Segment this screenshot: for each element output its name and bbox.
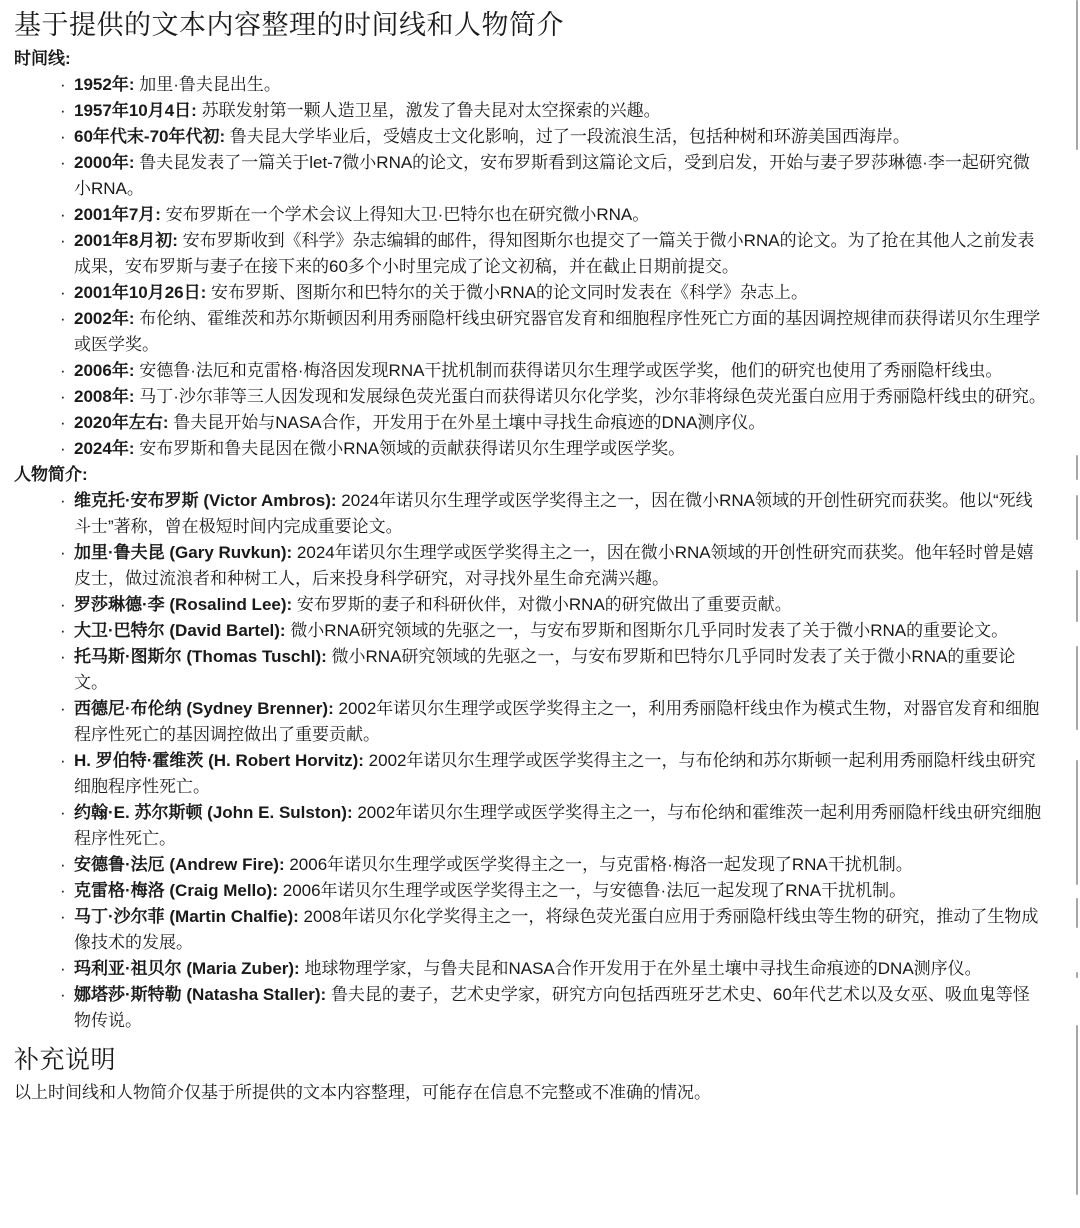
timeline-item-text: 安布罗斯在一个学术会议上得知大卫·巴特尔也在研究微小RNA。 (166, 205, 650, 224)
bullet-icon: · (60, 202, 74, 228)
timeline-item-text: 鲁夫昆开始与NASA合作，开发用于在外星土壤中寻找生命痕迹的DNA测序仪。 (173, 413, 765, 432)
timeline-heading: 时间线: (14, 46, 1046, 72)
person-item: · H. 罗伯特·霍维茨 (H. Robert Horvitz): 2002年诺… (60, 748, 1046, 800)
timeline-item: · 2002年: 布伦纳、霍维茨和苏尔斯顿因利用秀丽隐杆线虫研究器官发育和细胞程… (60, 306, 1046, 358)
bullet-icon: · (60, 956, 74, 982)
person-item-label: 加里·鲁夫昆 (Gary Ruvkun): (74, 543, 292, 562)
timeline-item-text: 安布罗斯和鲁夫昆因在微小RNA领域的贡献获得诺贝尔生理学或医学奖。 (139, 439, 685, 458)
timeline-item-label: 1957年10月4日: (74, 101, 197, 120)
bullet-icon: · (60, 306, 74, 358)
bullet-icon: · (60, 904, 74, 956)
timeline-item-label: 2020年左右: (74, 413, 168, 432)
scrollbar-track (1074, 0, 1080, 1228)
footer-note: 以上时间线和人物简介仅基于所提供的文本内容整理，可能存在信息不完整或不准确的情况… (14, 1080, 1046, 1106)
timeline-list: · 1952年: 加里·鲁夫昆出生。 · 1957年10月4日: 苏联发射第一颗… (14, 72, 1046, 462)
bullet-icon: · (60, 592, 74, 618)
timeline-item: · 2008年: 马丁·沙尔菲等三人因发现和发展绿色荧光蛋白而获得诺贝尔化学奖，… (60, 384, 1046, 410)
person-item: · 西德尼·布伦纳 (Sydney Brenner): 2002年诺贝尔生理学或… (60, 696, 1046, 748)
bullet-icon: · (60, 436, 74, 462)
scrollbar-thumb-segment[interactable] (1076, 570, 1078, 622)
bullet-icon: · (60, 878, 74, 904)
bullet-icon: · (60, 72, 74, 98)
bullet-icon: · (60, 150, 74, 202)
person-item-label: 安德鲁·法厄 (Andrew Fire): (74, 855, 285, 874)
timeline-item-label: 2001年7月: (74, 205, 161, 224)
person-item-label: 维克托·安布罗斯 (Victor Ambros): (74, 491, 337, 510)
scrollbar-thumb-segment[interactable] (1076, 972, 1078, 978)
timeline-item-text: 鲁夫昆发表了一篇关于let-7微小RNA的论文，安布罗斯看到这篇论文后，受到启发… (74, 153, 1030, 198)
person-item-text: 微小RNA研究领域的先驱之一，与安布罗斯和图斯尔几乎同时发表了关于微小RNA的重… (290, 621, 1008, 640)
bullet-icon: · (60, 800, 74, 852)
person-item-label: 西德尼·布伦纳 (Sydney Brenner): (74, 699, 334, 718)
timeline-item: · 2001年8月初: 安布罗斯收到《科学》杂志编辑的邮件，得知图斯尔也提交了一… (60, 228, 1046, 280)
timeline-item-text: 安布罗斯、图斯尔和巴特尔的关于微小RNA的论文同时发表在《科学》杂志上。 (211, 283, 808, 302)
person-item: · 罗莎琳德·李 (Rosalind Lee): 安布罗斯的妻子和科研伙伴，对微… (60, 592, 1046, 618)
timeline-item-label: 60年代末-70年代初: (74, 127, 225, 146)
person-item: · 马丁·沙尔菲 (Martin Chalfie): 2008年诺贝尔化学奖得主… (60, 904, 1046, 956)
timeline-item-text: 马丁·沙尔菲等三人因发现和发展绿色荧光蛋白而获得诺贝尔化学奖，沙尔菲将绿色荧光蛋… (139, 387, 1046, 406)
timeline-item-label: 2006年: (74, 361, 134, 380)
timeline-item-text: 安德鲁·法厄和克雷格·梅洛因发现RNA干扰机制而获得诺贝尔生理学或医学奖，他们的… (139, 361, 1002, 380)
bullet-icon: · (60, 618, 74, 644)
person-item-text: 地球物理学家，与鲁夫昆和NASA合作开发用于在外星土壤中寻找生命痕迹的DNA测序… (304, 959, 981, 978)
person-item-label: 马丁·沙尔菲 (Martin Chalfie): (74, 907, 299, 926)
bullet-icon: · (60, 852, 74, 878)
person-item: · 托马斯·图斯尔 (Thomas Tuschl): 微小RNA研究领域的先驱之… (60, 644, 1046, 696)
timeline-item-text: 鲁夫昆大学毕业后，受嬉皮士文化影响，过了一段流浪生活，包括种树和环游美国西海岸。 (230, 127, 910, 146)
person-item-label: 克雷格·梅洛 (Craig Mello): (74, 881, 278, 900)
person-item: · 大卫·巴特尔 (David Bartel): 微小RNA研究领域的先驱之一，… (60, 618, 1046, 644)
scrollbar-thumb-segment[interactable] (1076, 495, 1078, 540)
people-heading: 人物简介: (14, 462, 1046, 488)
timeline-item-label: 2001年8月初: (74, 231, 178, 250)
timeline-item: · 2000年: 鲁夫昆发表了一篇关于let-7微小RNA的论文，安布罗斯看到这… (60, 150, 1046, 202)
person-item-label: 托马斯·图斯尔 (Thomas Tuschl): (74, 647, 327, 666)
person-item-text: 2006年诺贝尔生理学或医学奖得主之一，与安德鲁·法厄一起发现了RNA干扰机制。 (283, 881, 906, 900)
person-item: · 安德鲁·法厄 (Andrew Fire): 2006年诺贝尔生理学或医学奖得… (60, 852, 1046, 878)
timeline-item-label: 1952年: (74, 75, 134, 94)
timeline-item-label: 2001年10月26日: (74, 283, 206, 302)
scrollbar-thumb-segment[interactable] (1076, 455, 1078, 480)
timeline-item: · 2001年10月26日: 安布罗斯、图斯尔和巴特尔的关于微小RNA的论文同时… (60, 280, 1046, 306)
person-item: · 玛利亚·祖贝尔 (Maria Zuber): 地球物理学家，与鲁夫昆和NAS… (60, 956, 1046, 982)
timeline-item-text: 安布罗斯收到《科学》杂志编辑的邮件，得知图斯尔也提交了一篇关于微小RNA的论文。… (74, 231, 1035, 276)
bullet-icon: · (60, 410, 74, 436)
bullet-icon: · (60, 748, 74, 800)
document-page: { "page": { "title": "基于提供的文本内容整理的时间线和人物… (0, 0, 1080, 1228)
timeline-item-label: 2000年: (74, 153, 134, 172)
person-item: · 约翰·E. 苏尔斯顿 (John E. Sulston): 2002年诺贝尔… (60, 800, 1046, 852)
timeline-item: · 2020年左右: 鲁夫昆开始与NASA合作，开发用于在外星土壤中寻找生命痕迹… (60, 410, 1046, 436)
person-item-label: H. 罗伯特·霍维茨 (H. Robert Horvitz): (74, 751, 364, 770)
bullet-icon: · (60, 696, 74, 748)
person-item-label: 罗莎琳德·李 (Rosalind Lee): (74, 595, 292, 614)
timeline-item: · 1952年: 加里·鲁夫昆出生。 (60, 72, 1046, 98)
bullet-icon: · (60, 644, 74, 696)
timeline-item-text: 苏联发射第一颗人造卫星，激发了鲁夫昆对太空探索的兴趣。 (202, 101, 661, 120)
timeline-item-label: 2002年: (74, 309, 134, 328)
bullet-icon: · (60, 228, 74, 280)
person-item-text: 安布罗斯的妻子和科研伙伴，对微小RNA的研究做出了重要贡献。 (297, 595, 792, 614)
timeline-item: · 1957年10月4日: 苏联发射第一颗人造卫星，激发了鲁夫昆对太空探索的兴趣… (60, 98, 1046, 124)
people-list: · 维克托·安布罗斯 (Victor Ambros): 2024年诺贝尔生理学或… (14, 488, 1046, 1034)
person-item-label: 约翰·E. 苏尔斯顿 (John E. Sulston): (74, 803, 353, 822)
footer-heading: 补充说明 (14, 1044, 1046, 1076)
bullet-icon: · (60, 280, 74, 306)
bullet-icon: · (60, 358, 74, 384)
timeline-item-text: 布伦纳、霍维茨和苏尔斯顿因利用秀丽隐杆线虫研究器官发育和细胞程序性死亡方面的基因… (74, 309, 1040, 354)
scrollbar-thumb-segment[interactable] (1076, 1025, 1078, 1195)
scrollbar-thumb-segment[interactable] (1076, 760, 1078, 885)
bullet-icon: · (60, 384, 74, 410)
bullet-icon: · (60, 982, 74, 1034)
timeline-item-label: 2024年: (74, 439, 134, 458)
bullet-icon: · (60, 98, 74, 124)
person-item-label: 娜塔莎·斯特勒 (Natasha Staller): (74, 985, 326, 1004)
person-item: · 克雷格·梅洛 (Craig Mello): 2006年诺贝尔生理学或医学奖得… (60, 878, 1046, 904)
scrollbar-thumb-segment[interactable] (1076, 646, 1078, 730)
page-title: 基于提供的文本内容整理的时间线和人物简介 (14, 8, 1046, 42)
person-item: · 维克托·安布罗斯 (Victor Ambros): 2024年诺贝尔生理学或… (60, 488, 1046, 540)
person-item-text: 2006年诺贝尔生理学或医学奖得主之一，与克雷格·梅洛一起发现了RNA干扰机制。 (289, 855, 912, 874)
person-item-label: 大卫·巴特尔 (David Bartel): (74, 621, 286, 640)
timeline-item: · 60年代末-70年代初: 鲁夫昆大学毕业后，受嬉皮士文化影响，过了一段流浪生… (60, 124, 1046, 150)
timeline-item: · 2024年: 安布罗斯和鲁夫昆因在微小RNA领域的贡献获得诺贝尔生理学或医学… (60, 436, 1046, 462)
timeline-item-label: 2008年: (74, 387, 134, 406)
timeline-item: · 2006年: 安德鲁·法厄和克雷格·梅洛因发现RNA干扰机制而获得诺贝尔生理… (60, 358, 1046, 384)
person-item: · 加里·鲁夫昆 (Gary Ruvkun): 2024年诺贝尔生理学或医学奖得… (60, 540, 1046, 592)
bullet-icon: · (60, 488, 74, 540)
scrollbar-thumb-segment[interactable] (1076, 898, 1078, 928)
scrollbar-thumb-segment[interactable] (1076, 0, 1078, 150)
timeline-item: · 2001年7月: 安布罗斯在一个学术会议上得知大卫·巴特尔也在研究微小RNA… (60, 202, 1046, 228)
timeline-item-text: 加里·鲁夫昆出生。 (139, 75, 281, 94)
bullet-icon: · (60, 540, 74, 592)
person-item-label: 玛利亚·祖贝尔 (Maria Zuber): (74, 959, 300, 978)
bullet-icon: · (60, 124, 74, 150)
person-item: · 娜塔莎·斯特勒 (Natasha Staller): 鲁夫昆的妻子，艺术史学… (60, 982, 1046, 1034)
